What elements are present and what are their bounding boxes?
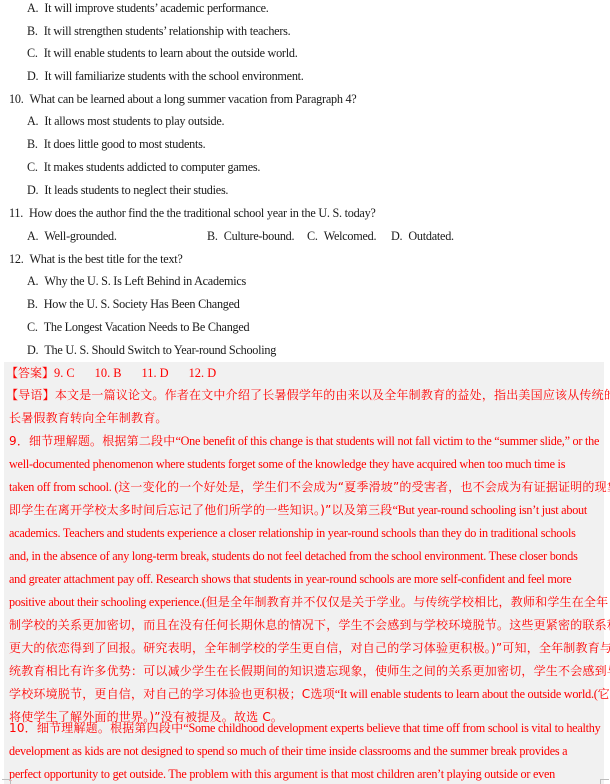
q9-option-d: D.It will familiarize students with the …: [27, 68, 304, 84]
q12-option-c: C.The Longest Vacation Needs to Be Chang…: [27, 319, 249, 335]
page-corner-mark: [2, 779, 11, 784]
option-label: C.: [27, 45, 38, 61]
explain9-line-6: and, in the absence of any long-term bre…: [9, 548, 578, 564]
explain9-line-8: positive about their schooling experienc…: [9, 594, 608, 610]
q11-option-a: A.Well-grounded.: [27, 228, 117, 244]
q9-option-c: C.It will enable students to learn about…: [27, 45, 298, 61]
q12-option-b: B.How the U. S. Society Has Been Changed: [27, 296, 240, 312]
option-text: It does little good to most students.: [44, 137, 206, 151]
q10-option-d: D.It leads students to neglect their stu…: [27, 182, 228, 198]
explain-text: “But year-round schooling isn’t just abo…: [393, 503, 588, 517]
explain-text: 这一变化的一个好处是，学生们不会成为“夏季滑坡”的受害者，也不会成为有证据证明的…: [118, 480, 610, 494]
explain-text: 但是全年制教育并不仅仅是关于学业。与传统学校相比，教师和学生在全年: [206, 595, 609, 609]
option-text: Why the U. S. Is Left Behind in Academic…: [44, 274, 246, 288]
explain-text: 9．细节理解题。根据第二段中: [9, 434, 175, 448]
q11-option-d: D.Outdated.: [391, 228, 454, 244]
option-text: It leads students to neglect their studi…: [44, 183, 228, 197]
explain-text: 10．细节理解题。根据第四段中: [9, 721, 183, 735]
answer-key: 【答案】9. C10. B11. D12. D: [6, 365, 236, 381]
question-number: 10.: [9, 91, 23, 107]
option-text: The U. S. Should Switch to Year-round Sc…: [44, 343, 276, 357]
option-label: D.: [27, 68, 38, 84]
explain-text: academics. Teachers and students experie…: [9, 526, 576, 540]
option-text: It makes students addicted to computer g…: [44, 160, 261, 174]
q10-option-c: C.It makes students addicted to computer…: [27, 159, 260, 175]
explain10-line-3: perfect opportunity to get outside. The …: [9, 766, 555, 782]
option-text: It will familiarize students with the sc…: [44, 69, 303, 83]
guide-line-2: 长暑假教育转向全年制教育。: [9, 410, 168, 426]
q11-option-c: C.Welcomed.: [307, 228, 376, 244]
explain9-line-2: well-documented phenomenon where student…: [9, 456, 565, 472]
option-label: A.: [27, 113, 38, 129]
explain9-line-9: 制学校的关系更加密切，而且在没有任何长期休息的情况下，学生不会感到与学校环境脱节…: [9, 617, 610, 633]
explain9-line-7: and greater attachment pay off. Research…: [9, 571, 571, 587]
explain-text: taken off from school. (: [9, 480, 118, 494]
q11-option-b: B.Culture-bound.: [207, 228, 294, 244]
q10-option-a: A.It allows most students to play outsid…: [27, 113, 224, 129]
explain9-line-4: 即学生在离开学校太多时间后忘记了他们所学的一些知识。)”以及第三段“But ye…: [9, 502, 587, 518]
q12-option-d: D.The U. S. Should Switch to Year-round …: [27, 342, 276, 358]
explain-text: 即学生在离开学校太多时间后忘记了他们所学的一些知识。)”以及第三段: [9, 503, 393, 517]
document-page: A.It will improve students’ academic per…: [0, 0, 610, 784]
option-label: C.: [307, 228, 318, 244]
explain9-line-10: 更大的依恋得到了回报。研究表明，全年制学校的学生更自信，对自己的学习体验更积极。…: [9, 640, 610, 656]
explain9-line-11: 统教育相比有许多优势：可以减少学生在长假期间的知识遗忘现象，使师生之间的关系更加…: [9, 663, 610, 679]
explain-text: “One benefit of this change is that stud…: [175, 434, 599, 448]
option-text: Well-grounded.: [44, 229, 116, 243]
explain-text: 更大的依恋得到了回报。研究表明，全年制学校的学生更自信，对自己的学习体验更积极。…: [9, 641, 610, 655]
option-text: Welcomed.: [324, 229, 377, 243]
option-text: How the U. S. Society Has Been Changed: [44, 297, 240, 311]
option-label: A.: [27, 228, 38, 244]
option-label: B.: [27, 136, 38, 152]
answer-item: 10. B: [95, 366, 122, 380]
q11-question: 11.How does the author find the the trad…: [9, 205, 376, 221]
explain-text: 学校环境脱节，更自信，对自己的学习体验也更积极；C选项: [9, 687, 335, 701]
explain10-line-1: 10．细节理解题。根据第四段中“Some childhood developme…: [9, 720, 600, 736]
option-label: D.: [391, 228, 402, 244]
guide-tag: 【导语】: [6, 388, 55, 402]
question-number: 12.: [9, 251, 23, 267]
explain-text: positive about their schooling experienc…: [9, 595, 206, 609]
option-label: D.: [27, 342, 38, 358]
explain-text: and greater attachment pay off. Research…: [9, 572, 571, 586]
explain9-line-12: 学校环境脱节，更自信，对自己的学习体验也更积极；C选项“It will enab…: [9, 686, 610, 702]
option-label: D.: [27, 182, 38, 198]
guide-line-1: 【导语】本文是一篇议论文。作者在文中介绍了长暑假学年的由来以及全年制教育的益处，…: [6, 387, 610, 403]
option-text: It will improve students’ academic perfo…: [44, 1, 268, 15]
option-text: Outdated.: [408, 229, 453, 243]
explain-text: 统教育相比有许多优势：可以减少学生在长假期间的知识遗忘现象，使师生之间的关系更加…: [9, 664, 610, 678]
question-text: What is the best title for the text?: [29, 252, 182, 266]
guide-text: 长暑假教育转向全年制教育。: [9, 411, 168, 425]
q12-option-a: A.Why the U. S. Is Left Behind in Academ…: [27, 273, 246, 289]
q12-question: 12.What is the best title for the text?: [9, 251, 183, 267]
explain9-line-5: academics. Teachers and students experie…: [9, 525, 576, 541]
option-label: B.: [27, 296, 38, 312]
answer-item: 9. C: [54, 366, 75, 380]
option-label: C.: [27, 159, 38, 175]
answer-item: 11. D: [142, 366, 169, 380]
option-label: A.: [27, 273, 38, 289]
option-label: B.: [27, 23, 38, 39]
page-corner-mark: [600, 779, 609, 784]
q9-option-a: A.It will improve students’ academic per…: [27, 0, 269, 16]
answer-tag: 【答案】: [6, 366, 54, 380]
option-text: It will strengthen students’ relationshi…: [44, 24, 291, 38]
explain-text: 制学校的关系更加密切，而且在没有任何长期休息的情况下，学生不会感到与学校环境脱节…: [9, 618, 610, 632]
question-text: How does the author find the the traditi…: [29, 206, 376, 220]
explain-text: perfect opportunity to get outside. The …: [9, 767, 555, 781]
option-label: C.: [27, 319, 38, 335]
option-label: B.: [207, 228, 218, 244]
explain9-line-1: 9．细节理解题。根据第二段中“One benefit of this chang…: [9, 433, 599, 449]
explain-text: “It will enable students to learn about …: [335, 687, 598, 701]
explain10-line-2: development as kids are not designed to …: [9, 743, 567, 759]
q10-question: 10.What can be learned about a long summ…: [9, 91, 356, 107]
explain-text: development as kids are not designed to …: [9, 744, 567, 758]
explain-text: “Some childhood development experts beli…: [183, 721, 600, 735]
option-text: The Longest Vacation Needs to Be Changed: [44, 320, 250, 334]
explain9-line-3: taken off from school. (这一变化的一个好处是，学生们不会…: [9, 479, 610, 495]
option-text: It will enable students to learn about t…: [44, 46, 298, 60]
question-text: What can be learned about a long summer …: [29, 92, 356, 106]
question-number: 11.: [9, 205, 23, 221]
guide-text: 本文是一篇议论文。作者在文中介绍了长暑假学年的由来以及全年制教育的益处，指出美国…: [55, 388, 610, 402]
option-text: It allows most students to play outside.: [44, 114, 224, 128]
q11-options-row: A.Well-grounded. B.Culture-bound. C.Welc…: [0, 228, 610, 244]
q9-option-b: B.It will strengthen students’ relations…: [27, 23, 290, 39]
option-label: A.: [27, 0, 38, 16]
q10-option-b: B.It does little good to most students.: [27, 136, 205, 152]
option-text: Culture-bound.: [224, 229, 295, 243]
answer-item: 12. D: [189, 366, 217, 380]
explain-text: well-documented phenomenon where student…: [9, 457, 565, 471]
explain-text: and, in the absence of any long-term bre…: [9, 549, 578, 563]
explain-text: 它: [598, 687, 610, 701]
